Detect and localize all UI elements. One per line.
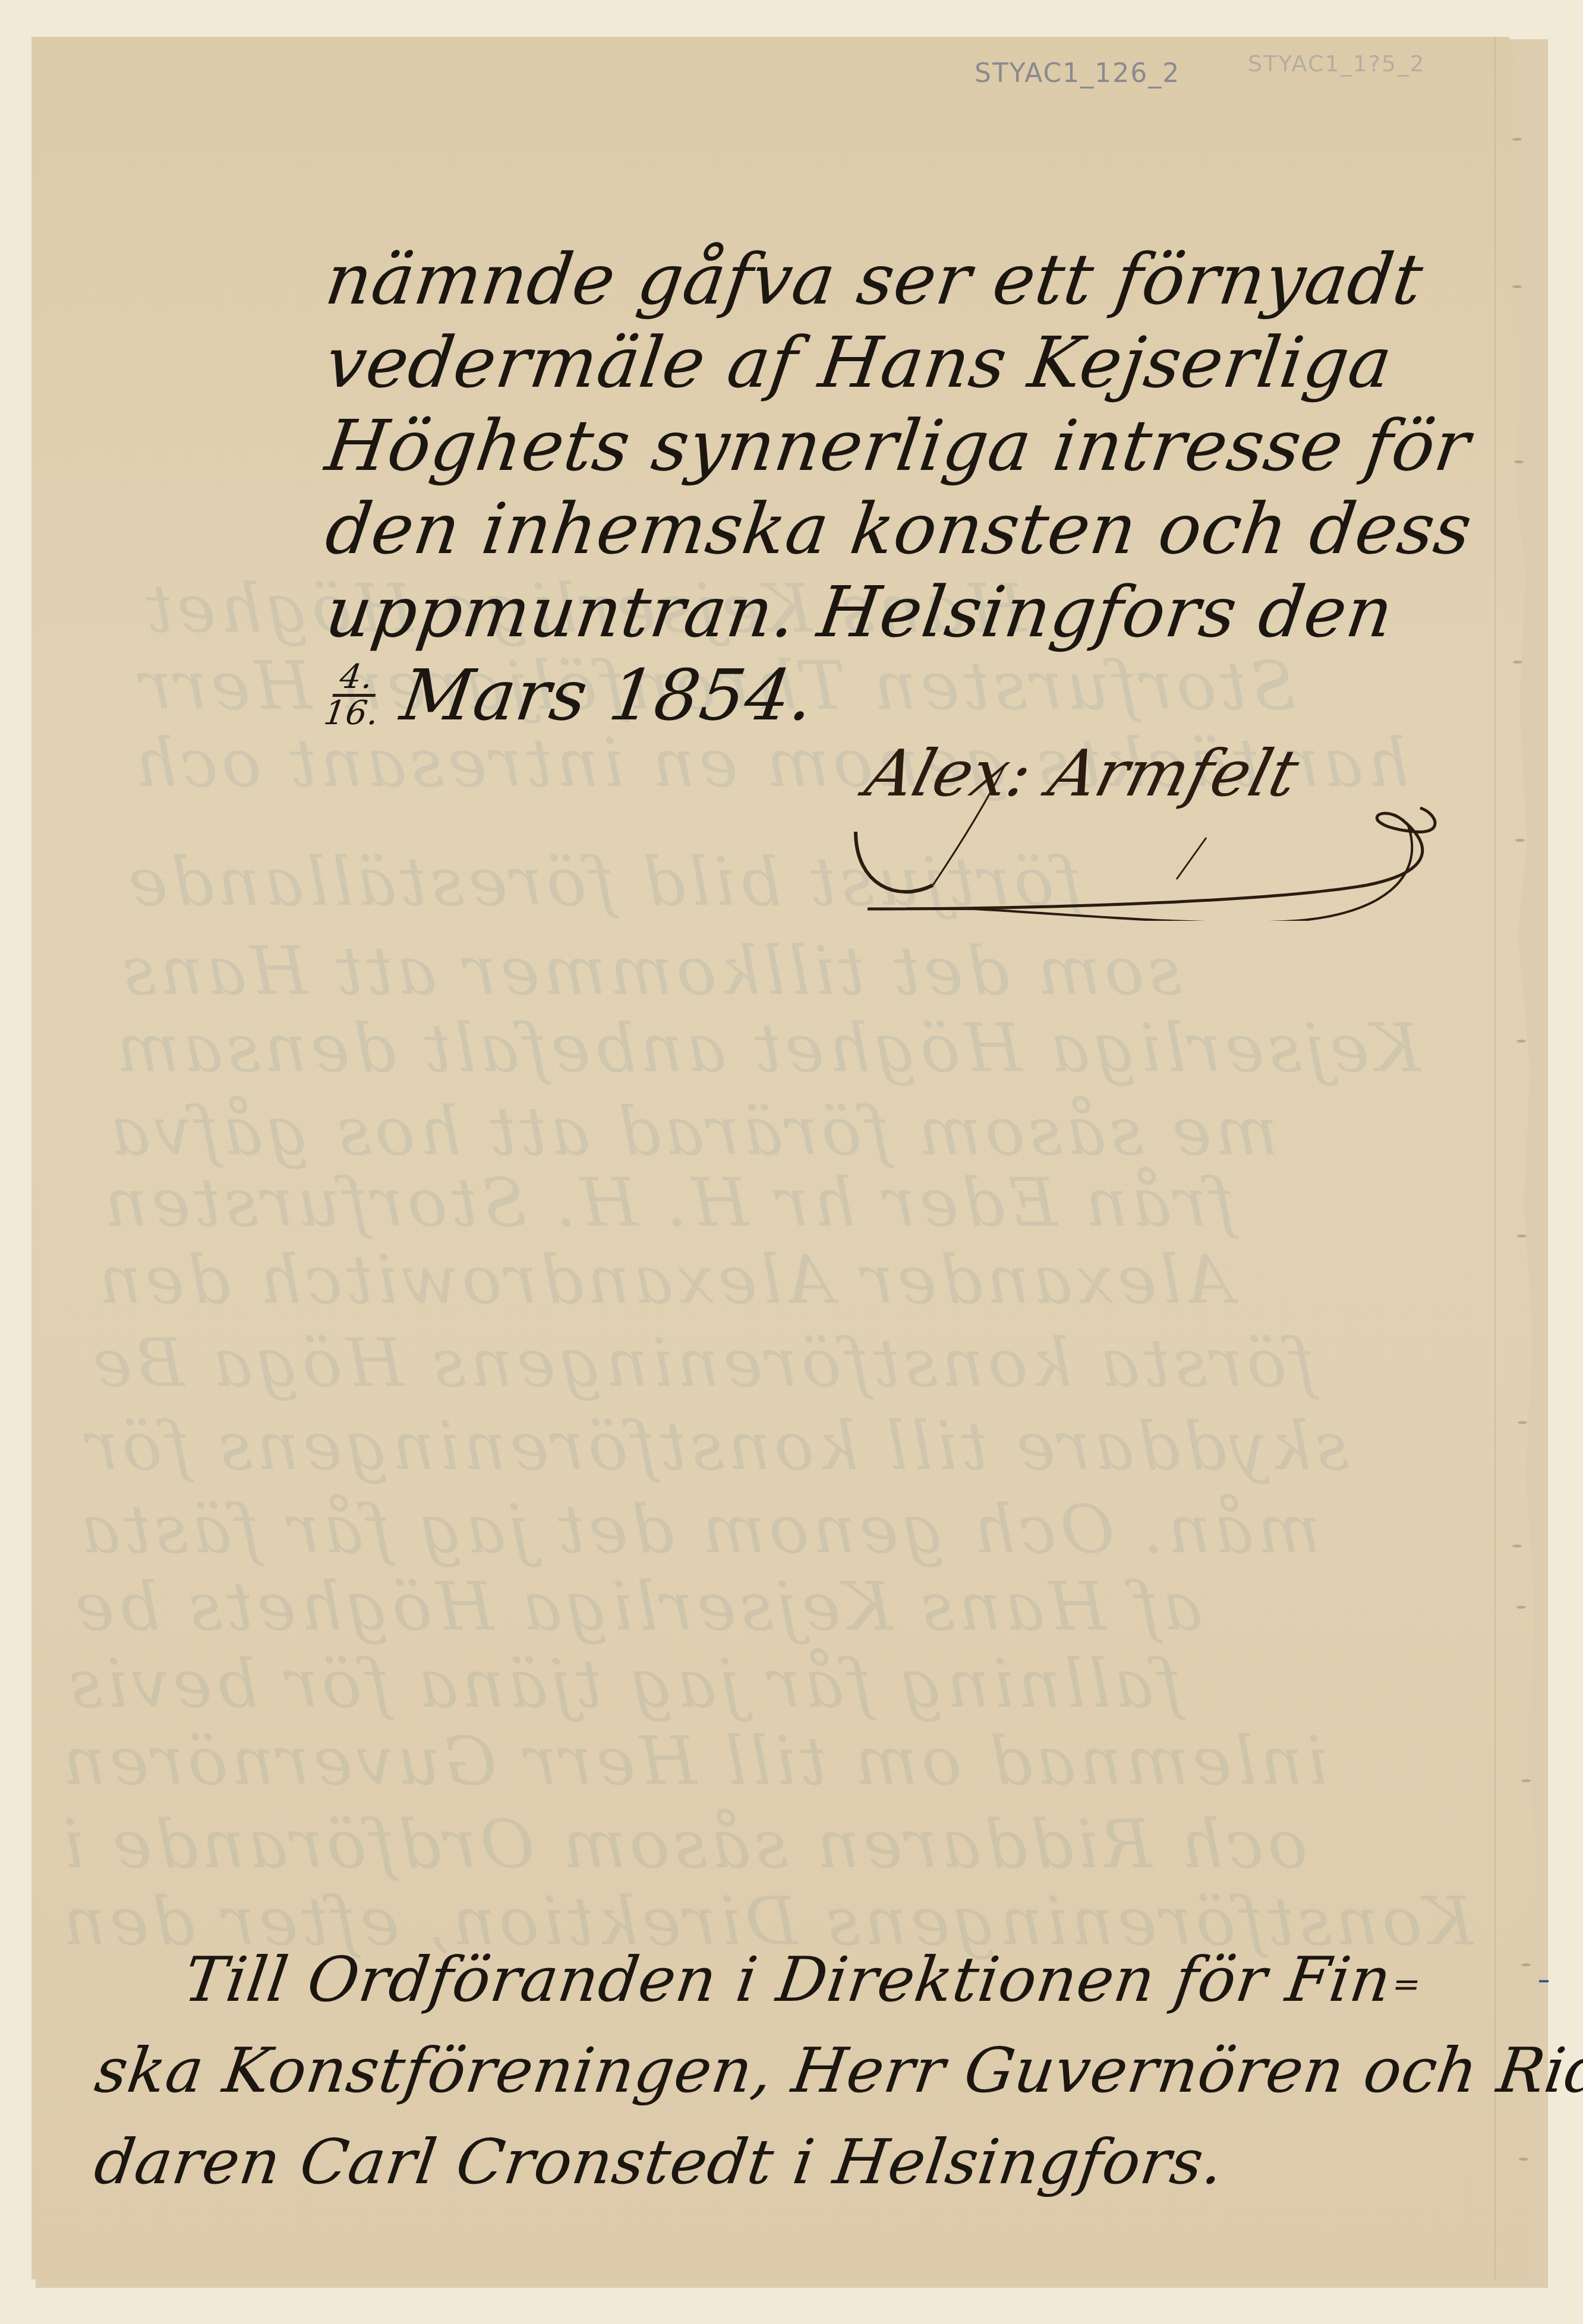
letter-body: nämnde gåfva ser ett förnyadt vedermäle … xyxy=(321,238,1533,737)
signature-text: Alex: Armfelt xyxy=(858,737,1305,811)
stitch-hole xyxy=(1516,1040,1526,1043)
stitch-hole xyxy=(1521,1779,1531,1782)
date-numerator: 4. xyxy=(333,661,380,697)
stitch-hole xyxy=(1515,839,1525,842)
date-denominator: 16. xyxy=(322,697,381,730)
body-line: den inhemska konsten och dess xyxy=(321,487,1545,570)
address-block: Till Ordföranden i Direktionen för Fin= … xyxy=(89,1937,1515,2205)
address-line-text: Till Ordföranden i Direktionen för Fin xyxy=(180,1943,1396,2016)
stitch-hole xyxy=(1516,1606,1526,1609)
address-line: Till Ordföranden i Direktionen för Fin= xyxy=(89,1937,1528,2028)
address-line-text: ska Konstföreningen, Herr Guvernören och… xyxy=(91,2034,1583,2107)
continuation-mark: = xyxy=(1390,1965,1424,2004)
date-line: 4. 16. Mars 1854. xyxy=(321,653,1545,737)
stitch-hole xyxy=(1512,1545,1522,1548)
stitch-hole xyxy=(1512,138,1522,141)
date-fraction: 4. 16. xyxy=(322,661,387,730)
address-line-text: daren Carl Cronstedt i Helsingfors. xyxy=(90,2126,1229,2198)
stitch-hole xyxy=(1518,1421,1527,1424)
address-line: ska Konstföreningen, Herr Guvernören och… xyxy=(89,2028,1528,2118)
signature: Alex: Armfelt xyxy=(844,731,1474,921)
body-line: nämnde gåfva ser ett förnyadt xyxy=(321,238,1545,321)
body-line: vedermäle af Hans Kejserliga xyxy=(321,321,1545,404)
blue-ink-mark xyxy=(1539,1980,1549,1982)
body-line: uppmuntran. Helsingfors den xyxy=(321,570,1545,653)
address-line: daren Carl Cronstedt i Helsingfors. xyxy=(89,2119,1527,2205)
stitch-hole xyxy=(1517,1234,1527,1237)
body-line: Höghets synnerliga intresse för xyxy=(321,404,1545,487)
archive-id-faint: STYAC1_1?5_2 xyxy=(1248,50,1425,77)
archive-id-pencil: STYAC1_126_2 xyxy=(975,58,1180,89)
date-month-year: Mars 1854. xyxy=(396,653,819,737)
